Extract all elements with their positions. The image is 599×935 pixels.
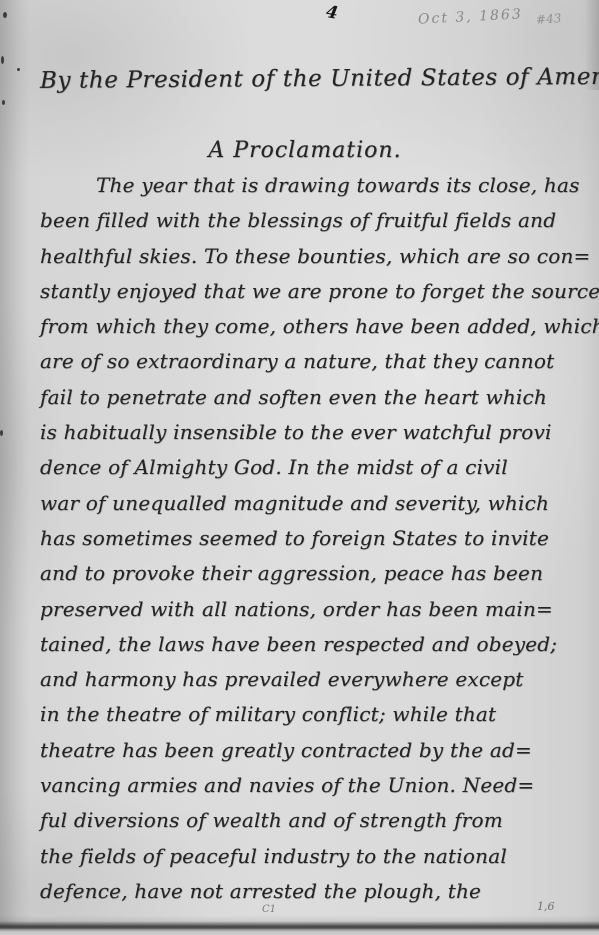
manuscript-line: war of unequalled magnitude and severity…: [40, 491, 570, 526]
manuscript-line: tained, the laws have been respected and…: [40, 632, 570, 667]
pencil-date-annotation: Oct 3, 1863: [418, 6, 524, 27]
manuscript-line: has sometimes seemed to foreign States t…: [40, 526, 570, 561]
manuscript-line: theatre has been greatly contracted by t…: [40, 738, 570, 773]
manuscript-line: the fields of peaceful industry to the n…: [40, 844, 570, 879]
body-text: The year that is drawing towards its clo…: [40, 173, 570, 914]
paper-bottom-edge-shadow: [0, 915, 599, 935]
manuscript-line: been filled with the blessings of fruitf…: [40, 208, 570, 243]
manuscript-line: stantly enjoyed that we are prone to for…: [40, 279, 570, 314]
manuscript-line: vancing armies and navies of the Union. …: [40, 773, 570, 808]
bottom-center-mark: C1: [262, 904, 276, 915]
manuscript-line: ful diversions of wealth and of strength…: [40, 808, 570, 843]
page-number-mark: 4: [324, 2, 339, 24]
manuscript-line: fail to penetrate and soften even the he…: [40, 385, 570, 420]
manuscript-line: and to provoke their aggression, peace h…: [40, 561, 570, 596]
manuscript-line: healthful skies. To these bounties, whic…: [40, 244, 570, 279]
manuscript-line: dence of Almighty God. In the midst of a…: [40, 455, 570, 490]
manuscript-line: are of so extraordinary a nature, that t…: [40, 349, 570, 384]
pencil-number-annotation: #43: [536, 11, 562, 27]
manuscript-line: and harmony has prevailed everywhere exc…: [40, 667, 570, 702]
bottom-right-mark: 1,6: [537, 900, 555, 913]
ink-speck: [17, 68, 20, 71]
manuscript-line: is habitually insensible to the ever wat…: [40, 420, 570, 455]
paper-left-edge-shading: [0, 0, 30, 935]
edge-speck: [2, 100, 5, 105]
edge-speck: [0, 430, 3, 436]
edge-speck: [1, 56, 4, 64]
manuscript-line: defence, have not arrested the plough, t…: [40, 879, 570, 914]
manuscript-page: 4 Oct 3, 1863 #43 By the President of th…: [0, 0, 599, 935]
manuscript-line: in the theatre of military conflict; whi…: [40, 702, 570, 737]
document-header: By the President of the United States of…: [40, 64, 570, 94]
edge-speck: [3, 12, 7, 18]
manuscript-line: The year that is drawing towards its clo…: [40, 173, 570, 208]
manuscript-line: from which they come, others have been a…: [40, 314, 570, 349]
manuscript-line: preserved with all nations, order has be…: [40, 597, 570, 632]
document-subheader: A Proclamation.: [40, 138, 570, 163]
